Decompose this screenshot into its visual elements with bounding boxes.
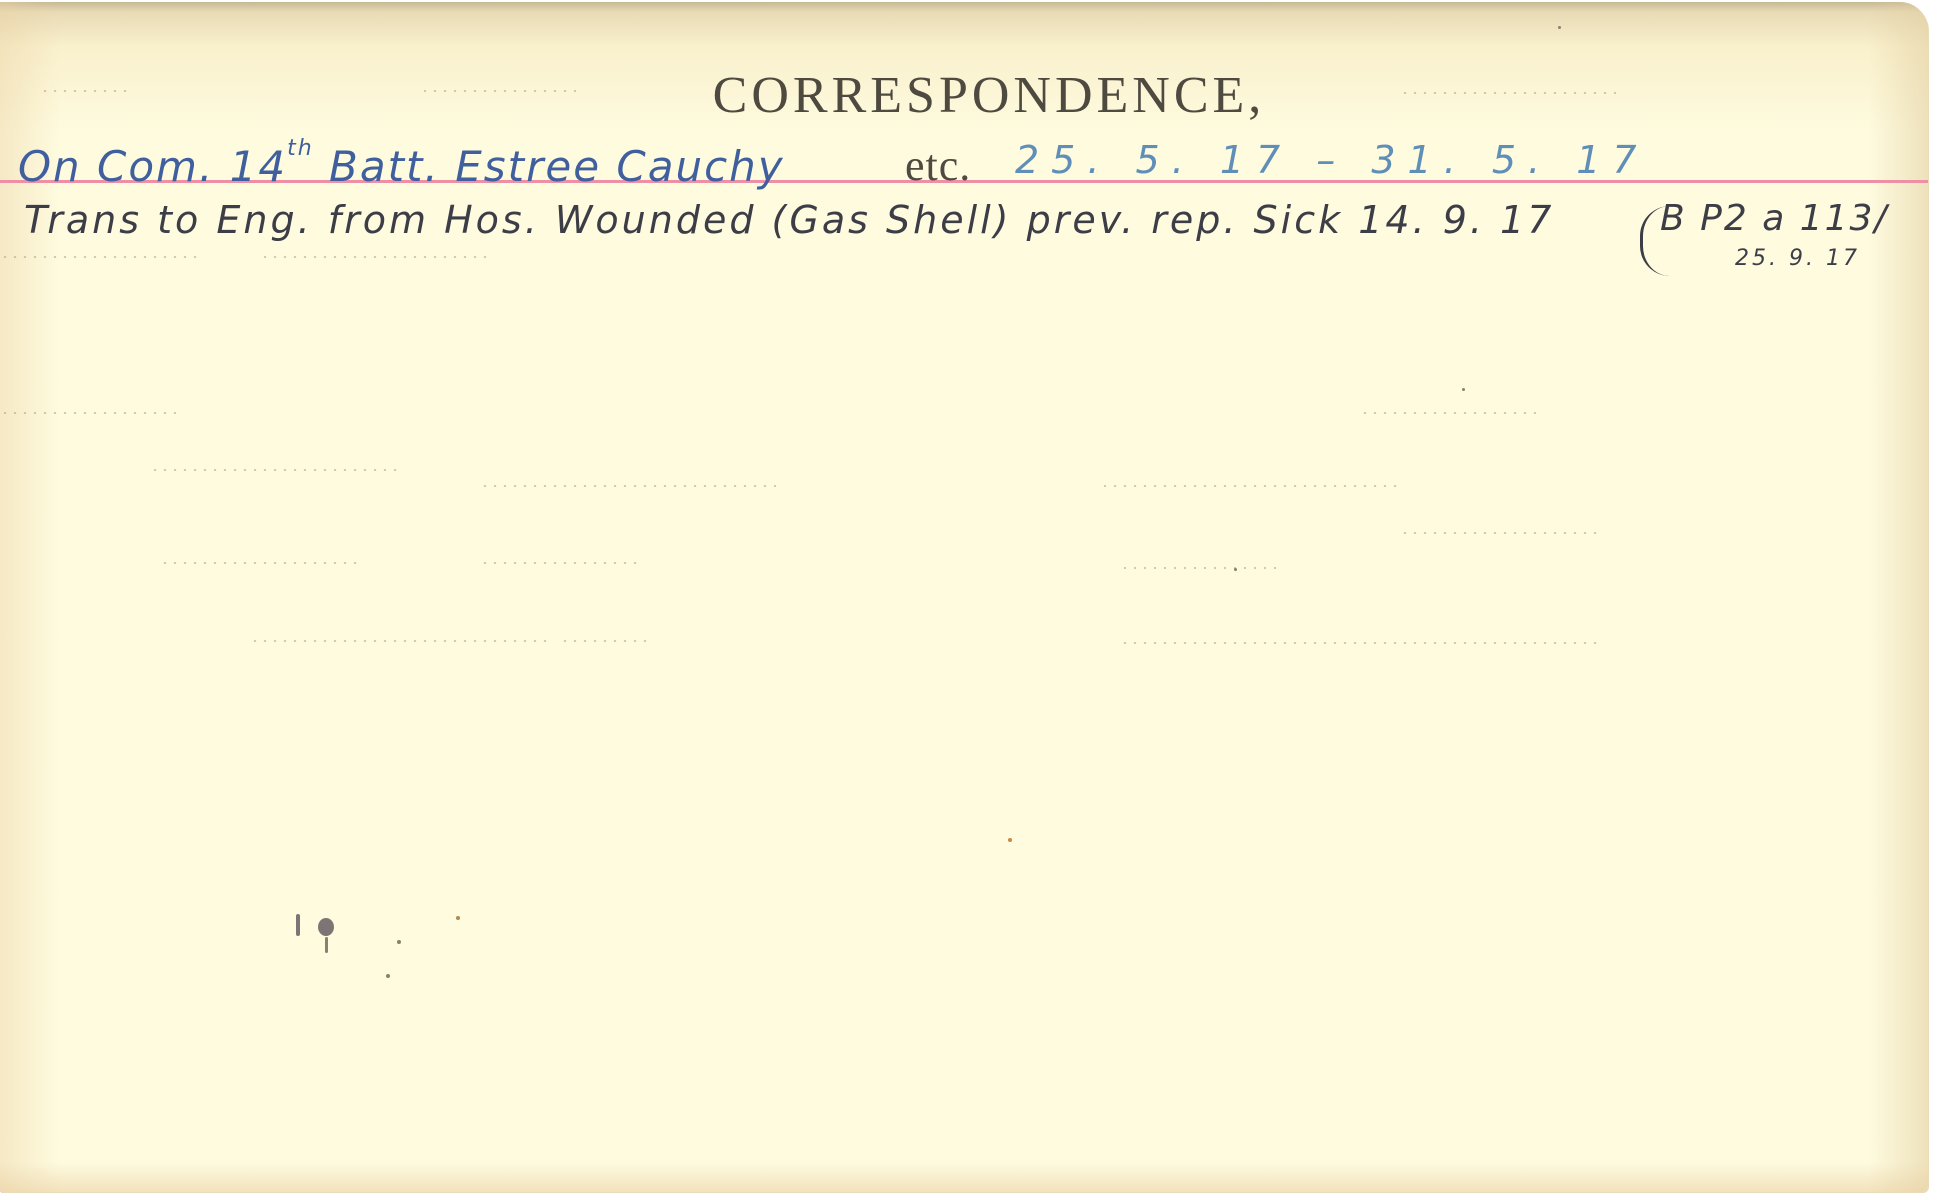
speck [1234, 568, 1237, 571]
speck [456, 916, 460, 920]
speck [386, 974, 390, 978]
dotted-line [1400, 532, 1600, 534]
speck [1462, 388, 1465, 391]
dotted-line [1120, 567, 1280, 569]
handwritten-entry-2: Trans to Eng. from Hos. Wounded (Gas She… [24, 198, 1554, 242]
printed-etc: etc. [905, 140, 971, 191]
entry-2-reference: B P2 a 113/ [1660, 198, 1889, 239]
dotted-line [160, 562, 360, 564]
dotted-line [1120, 642, 1600, 644]
dotted-line [480, 485, 780, 487]
handwritten-entry-1: On Com. 14th Batt. Estree Cauchy [18, 136, 785, 191]
dotted-line [250, 640, 550, 642]
dotted-line [1100, 485, 1400, 487]
card-heading: CORRESPONDENCE, [0, 66, 1928, 125]
dotted-line [1360, 412, 1540, 414]
ink-blot [296, 914, 300, 936]
speck [325, 937, 328, 953]
dotted-line [260, 256, 490, 258]
dotted-line [0, 412, 180, 414]
entry-2-reference-date: 25. 9. 17 [1735, 246, 1860, 271]
speck [397, 940, 401, 944]
entry-1-dates: 25. 5. 17 – 31. 5. 17 [1015, 138, 1649, 182]
entry-1-text: On Com. 14 [18, 142, 287, 191]
record-card: CORRESPONDENCE, On Com. 14th Batt. Estre… [0, 2, 1928, 1192]
ink-blot [318, 918, 334, 936]
speck [1558, 26, 1561, 29]
dotted-line [480, 562, 640, 564]
dotted-line [0, 256, 200, 258]
entry-1-text-cont: Batt. Estree Cauchy [314, 142, 785, 191]
dotted-line [150, 469, 400, 471]
aged-edge-bottom [0, 1162, 1928, 1192]
dotted-line [560, 640, 650, 642]
entry-1-superscript: th [287, 136, 314, 161]
speck [1008, 838, 1012, 842]
